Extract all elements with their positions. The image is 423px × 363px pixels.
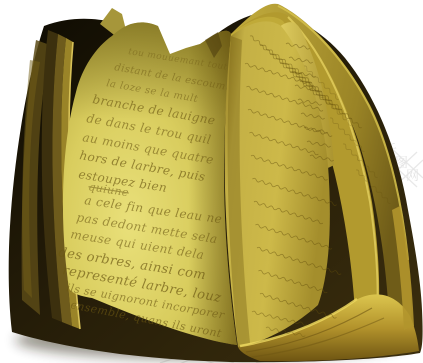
watermark-char-3: 网 bbox=[406, 169, 419, 184]
book-photo: 千 图 网 tou mouuemant tout distant de l bbox=[0, 0, 423, 363]
book-illustration: 千 图 网 tou mouuemant tout distant de l bbox=[0, 0, 423, 363]
